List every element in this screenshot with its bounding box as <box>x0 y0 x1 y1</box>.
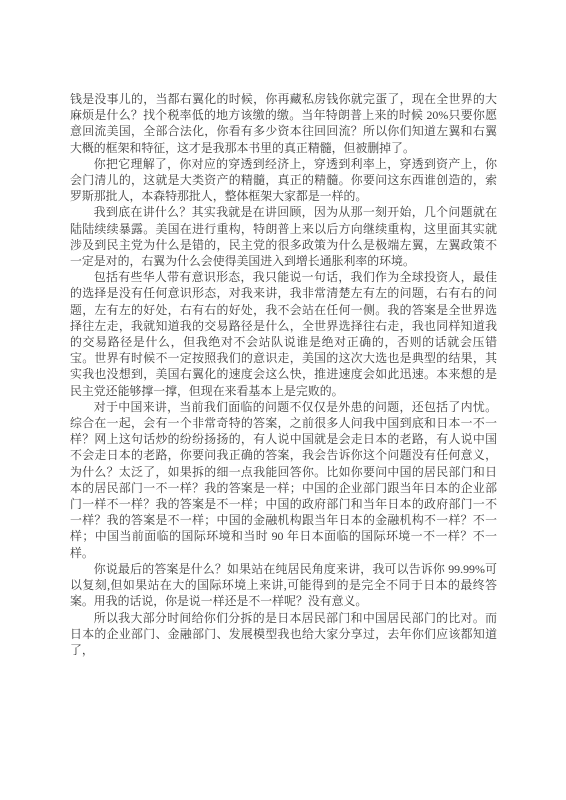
paragraph: 包括有些华人带有意识形态，我只能说一句话，我们作为全球投资人，最佳的选择是没有任… <box>70 269 497 399</box>
paragraph: 所以我大部分时间给你们分拆的是日本居民部门和中国居民部门的比对。而日本的企业部门… <box>70 610 497 659</box>
paragraph: 你说最后的答案是什么？如果站在纯居民角度来讲，我可以告诉你 99.99%可以复刻… <box>70 561 497 610</box>
text-block: 钱是没事儿的，当都右翼化的时候，你再藏私房钱你就完蛋了，现在全世界的大麻烦是什么… <box>70 91 497 658</box>
document-page: 钱是没事儿的，当都右翼化的时候，你再藏私房钱你就完蛋了，现在全世界的大麻烦是什么… <box>0 0 566 800</box>
paragraph: 对于中国来讲，当前我们面临的问题不仅仅是外患的问题，还包括了内忧。综合在一起，会… <box>70 399 497 561</box>
paragraph-continuation: 钱是没事儿的，当都右翼化的时候，你再藏私房钱你就完蛋了，现在全世界的大麻烦是什么… <box>70 91 497 156</box>
paragraph: 你把它理解了，你对应的穿透到经济上，穿透到利率上，穿透到资产上，你会门清儿的，这… <box>70 156 497 205</box>
paragraph: 我到底在讲什么？其实我就是在讲回顾，因为从那一刻开始，几个问题就在陆陆续续暴露。… <box>70 204 497 269</box>
